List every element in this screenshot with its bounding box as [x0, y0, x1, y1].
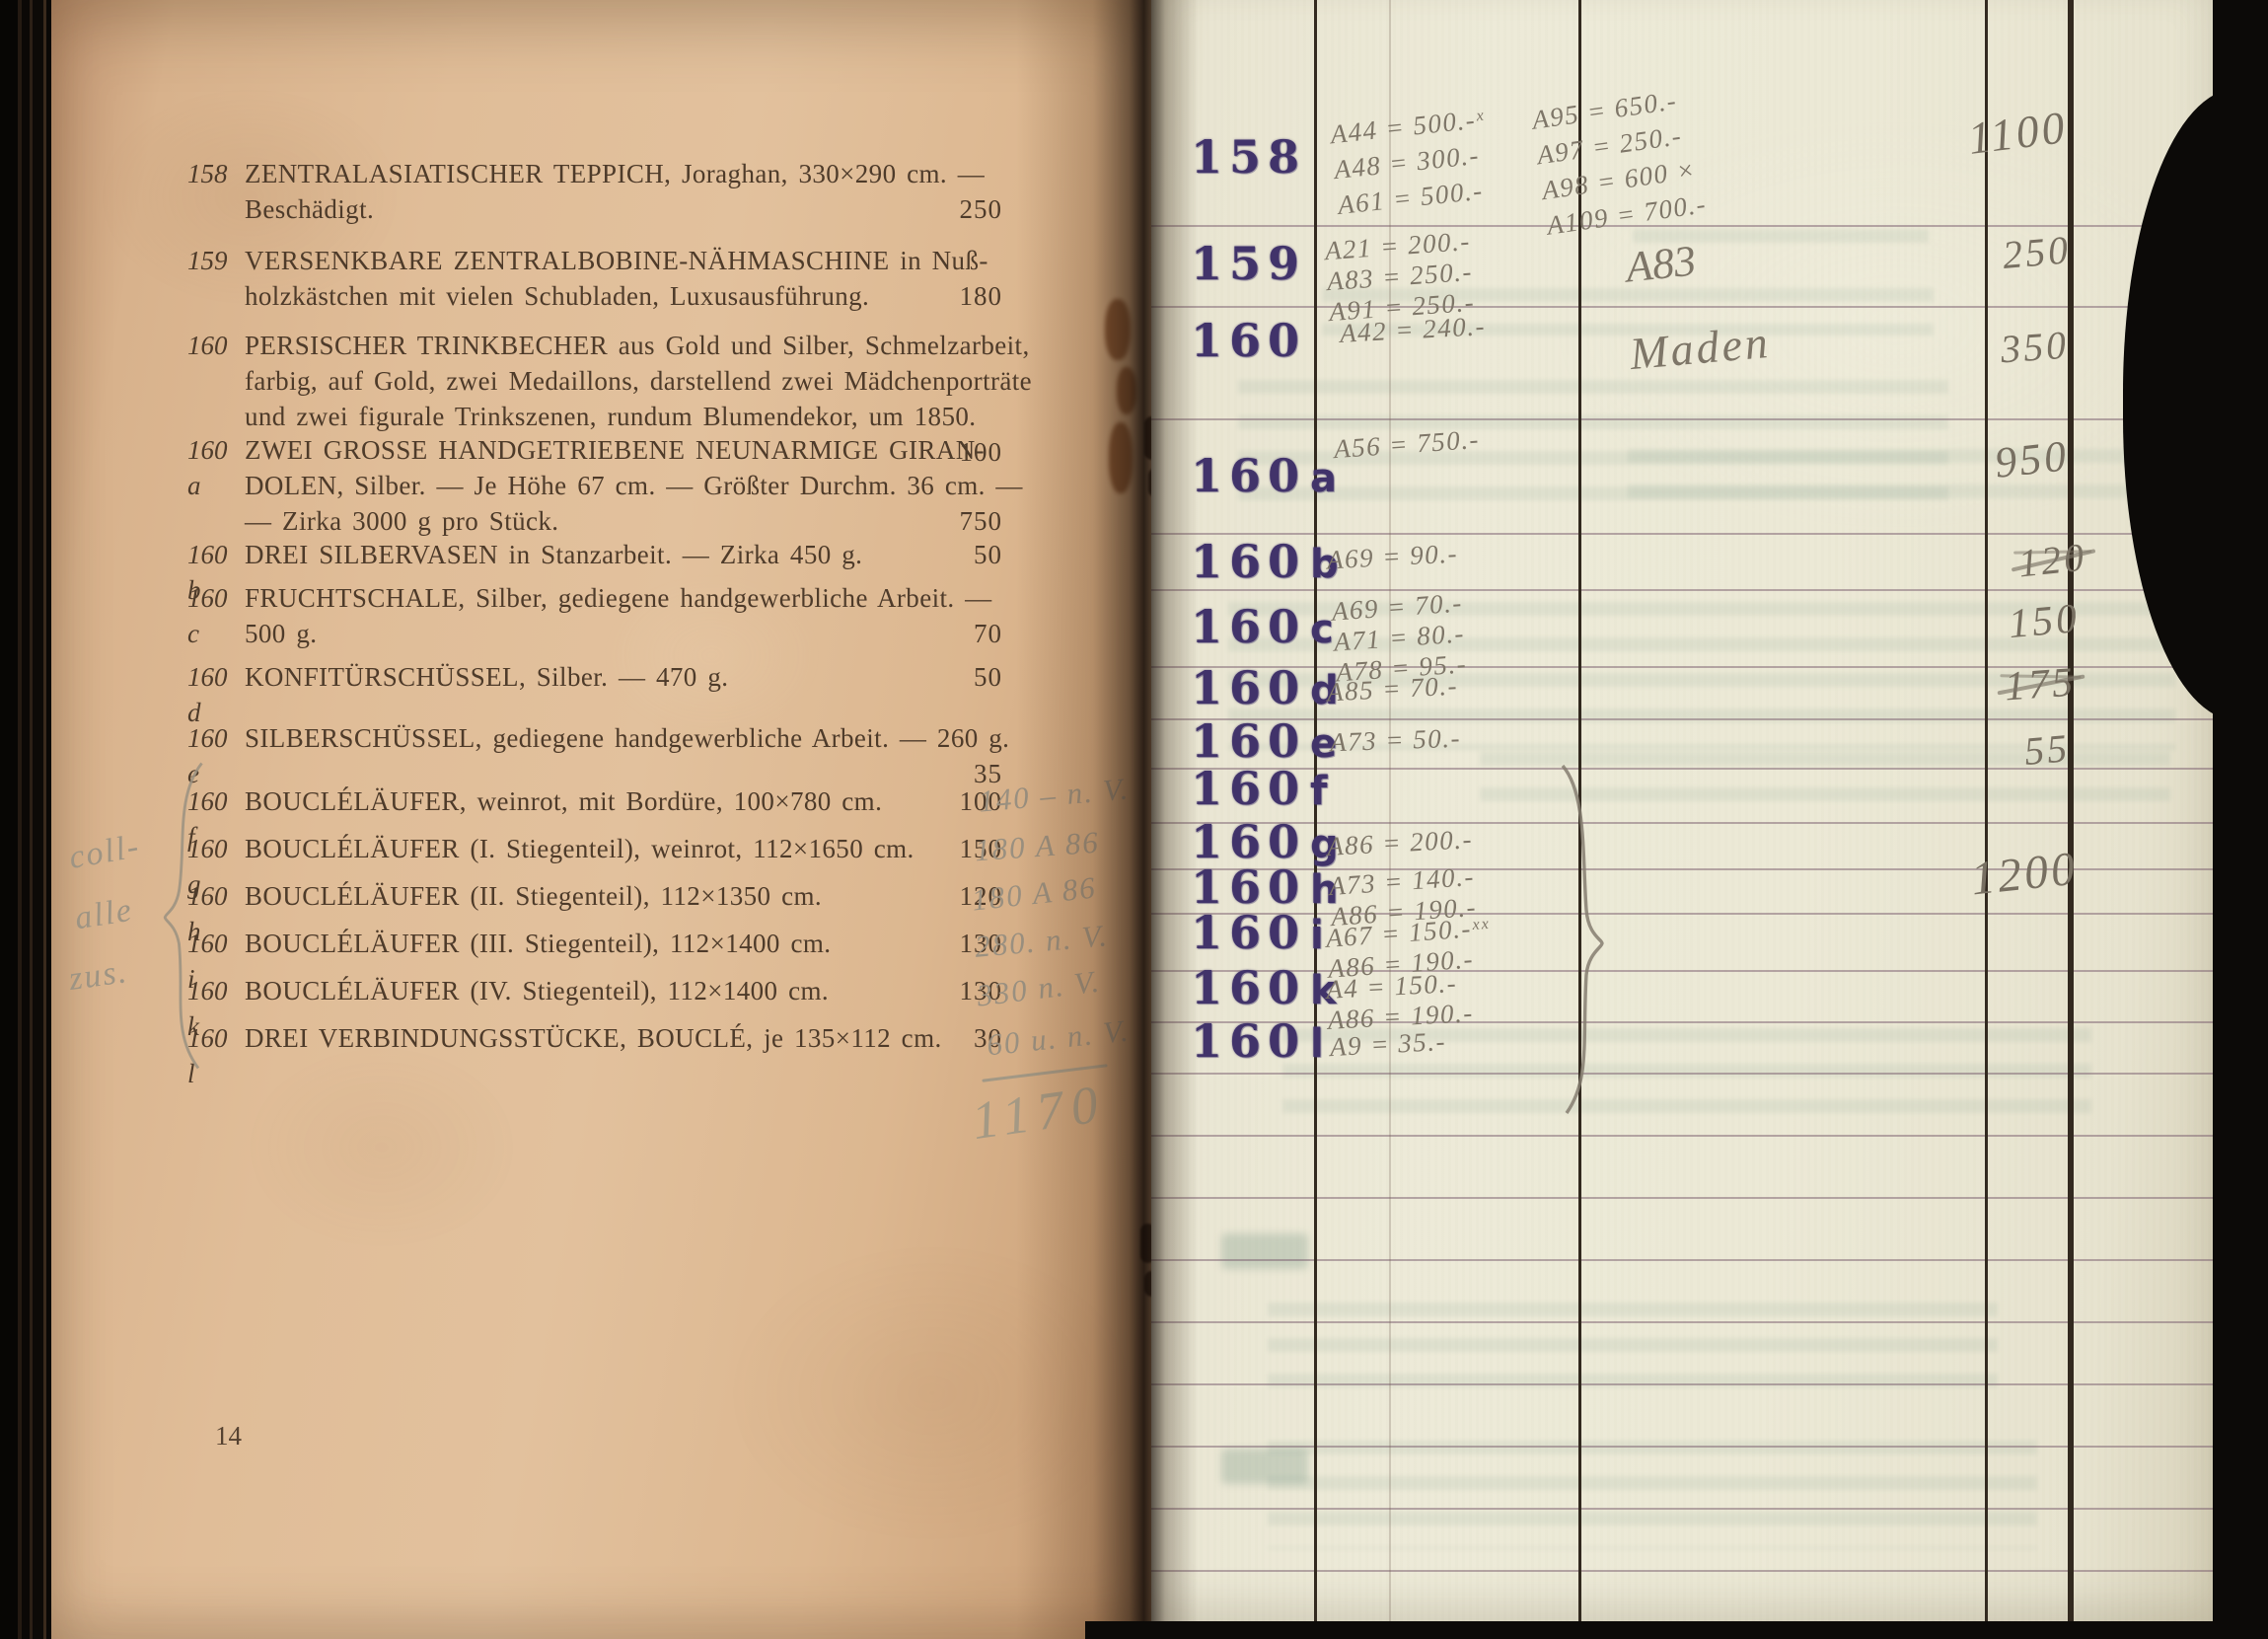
catalog-item-160i: 160 i BOUCLÉLÄUFER (III. Stiegenteil), 1…	[187, 926, 1002, 961]
bids-lot-158-col2: A95 = 650.- A97 = 250.- A98 = 600 × A109…	[1530, 80, 1709, 243]
ledger-rule	[1151, 1259, 2215, 1261]
bid-entry: A73 = 50.-	[1329, 720, 1461, 761]
catalog-line: DREI VERBINDUNGSSTÜCKE, BOUCLÉ, je 135×1…	[245, 1020, 1002, 1056]
catalog-item-160f: 160 f BOUCLÉLÄUFER, weinrot, mit Bordüre…	[187, 783, 1002, 819]
stamp-suffix: f	[1310, 769, 1327, 814]
item-text: und zwei figurale Trinkszenen, rundum Bl…	[245, 402, 976, 431]
catalog-line: BOUCLÉLÄUFER (IV. Stiegenteil), 112×1400…	[245, 973, 1002, 1008]
bid-entry: A85 = 70.-	[1326, 668, 1459, 710]
ledger-rule	[1151, 589, 2215, 591]
catalog-item-160k: 160 k BOUCLÉLÄUFER (IV. Stiegenteil), 11…	[187, 973, 1002, 1008]
stamp-digits: 160	[1191, 1014, 1306, 1068]
estimate-price: 750	[960, 503, 1003, 539]
catalog-item-158: 158 ZENTRALASIATISCHER TEPPICH, Joraghan…	[187, 156, 1002, 227]
stamp-lot-160c: 160c	[1191, 600, 1334, 653]
catalog-line: farbig, auf Gold, zwei Medaillons, darst…	[245, 363, 1002, 399]
estimate-price: 250	[960, 191, 1003, 227]
ledger-column-line	[1985, 0, 1988, 1623]
estimate-price: 50	[974, 659, 1002, 695]
stamp-digits: 160	[1191, 449, 1306, 502]
estimate-price: 70	[974, 616, 1002, 651]
bid-entry: A69 = 90.-	[1326, 536, 1459, 578]
catalog-line: KONFITÜRSCHÜSSEL, Silber. — 470 g.50	[245, 659, 1002, 695]
backdrop-bottom	[1085, 1621, 2268, 1639]
estimate-price: 50	[974, 537, 1002, 572]
stamp-lot-160e: 160e	[1191, 714, 1337, 768]
item-text: KONFITÜRSCHÜSSEL, Silber. — 470 g.	[245, 662, 728, 692]
item-text: holzkästchen mit vielen Schubladen, Luxu…	[245, 281, 869, 311]
item-text: BOUCLÉLÄUFER, weinrot, mit Bordüre, 100×…	[245, 786, 882, 816]
catalog-item-159: 159 VERSENKBARE ZENTRALBOBINE-NÄHMASCHIN…	[187, 243, 1002, 314]
catalog-line: BOUCLÉLÄUFER (III. Stiegenteil), 112×140…	[245, 926, 1002, 961]
total-lot-160b: 120	[2016, 534, 2089, 587]
lot-number: 160	[187, 328, 239, 363]
lot-number: 160 l	[187, 1020, 239, 1091]
bids-lot-160b: A69 = 90.-	[1326, 536, 1459, 578]
catalog-line: SILBERSCHÜSSEL, gediegene handgewerblich…	[245, 720, 1002, 756]
stamp-lot-160f: 160f	[1191, 762, 1327, 815]
ledger-rule	[1151, 418, 2215, 420]
ledger-rule	[1151, 306, 2215, 308]
item-text: farbig, auf Gold, zwei Medaillons, darst…	[245, 366, 1032, 396]
stamp-lot-158: 158	[1191, 130, 1306, 184]
item-text: Beschädigt.	[245, 194, 374, 224]
stamp-lot-160k: 160k	[1191, 961, 1337, 1014]
total-lot-160e: 55	[2022, 724, 2072, 775]
catalog-item-160a: 160 a ZWEI GROSSE HANDGETRIEBENE NEUNARM…	[187, 432, 1002, 539]
catalog-item-160l: 160 l DREI VERBINDUNGSSTÜCKE, BOUCLÉ, je…	[187, 1020, 1002, 1056]
lot-number: 160 c	[187, 580, 239, 651]
estimate-price: 180	[960, 278, 1003, 314]
stamp-suffix: c	[1310, 607, 1334, 652]
ink-stain	[1109, 422, 1133, 493]
total-group-160f-160l: 1200	[1968, 842, 2080, 907]
item-text: FRUCHTSCHALE, Silber, gediegene handgewe…	[245, 583, 992, 613]
page-number: 14	[215, 1421, 242, 1452]
ledger-rule	[1151, 1570, 2215, 1572]
scanned-auction-catalog-spread: 158 ZENTRALASIATISCHER TEPPICH, Joraghan…	[0, 0, 2268, 1639]
catalog-line: ZWEI GROSSE HANDGETRIEBENE NEUNARMIGE GI…	[245, 432, 1002, 468]
stamp-digits: 160	[1191, 961, 1306, 1014]
item-text: ZWEI GROSSE HANDGETRIEBENE NEUNARMIGE GI…	[245, 435, 985, 465]
catalog-item-160c: 160 c FRUCHTSCHALE, Silber, gediegene ha…	[187, 580, 1002, 651]
catalog-line: BOUCLÉLÄUFER, weinrot, mit Bordüre, 100×…	[245, 783, 1002, 819]
ledger-rule	[1151, 1321, 2215, 1323]
stamp-lot-160d: 160d	[1191, 661, 1339, 714]
item-text: DREI VERBINDUNGSSTÜCKE, BOUCLÉ, je 135×1…	[245, 1023, 942, 1053]
ledger-column-line	[1578, 0, 1581, 1623]
stamp-digits: 160	[1191, 906, 1306, 959]
catalog-item-160h: 160 h BOUCLÉLÄUFER (II. Stiegenteil), 11…	[187, 878, 1002, 914]
stamp-digits: 160	[1191, 600, 1306, 653]
bids-lot-160e: A73 = 50.-	[1329, 720, 1461, 761]
bids-lot-160l: A9 = 35.-	[1329, 1023, 1447, 1065]
book-page-edges	[0, 0, 53, 1639]
item-text: BOUCLÉLÄUFER (I. Stiegenteil), weinrot, …	[245, 834, 915, 863]
item-text: DOLEN, Silber. — Je Höhe 67 cm. — Größte…	[245, 471, 1023, 500]
stamp-suffix: l	[1310, 1021, 1324, 1067]
lot-number: 160 a	[187, 432, 239, 503]
stamp-digits: 160	[1191, 661, 1306, 714]
stamp-digits: 160	[1191, 314, 1306, 367]
catalog-line: DOLEN, Silber. — Je Höhe 67 cm. — Größte…	[245, 468, 1002, 503]
item-text: ZENTRALASIATISCHER TEPPICH, Joraghan, 33…	[245, 159, 985, 188]
bids-lot-160d: A85 = 70.-	[1326, 668, 1459, 710]
catalog-line: BOUCLÉLÄUFER (II. Stiegenteil), 112×1350…	[245, 878, 1002, 914]
item-text: 500 g.	[245, 619, 317, 648]
catalog-line: und zwei figurale Trinkszenen, rundum Bl…	[245, 399, 1002, 434]
total-lot-160c: 150	[2007, 595, 2082, 648]
item-text: BOUCLÉLÄUFER (III. Stiegenteil), 112×140…	[245, 929, 831, 958]
stamp-lot-159: 159	[1191, 237, 1306, 290]
item-text: VERSENKBARE ZENTRALBOBINE-NÄHMASCHINE in…	[245, 246, 988, 275]
total-lot-160a: 950	[1993, 430, 2072, 488]
ledger-rule	[1151, 1383, 2215, 1385]
catalog-item-160g: 160 g BOUCLÉLÄUFER (I. Stiegenteil), wei…	[187, 831, 1002, 866]
stamp-digits: 160	[1191, 762, 1306, 815]
bid-entry: A9 = 35.-	[1329, 1023, 1447, 1065]
item-text: DREI SILBERVASEN in Stanzarbeit. — Zirka…	[245, 540, 862, 569]
catalog-line: Beschädigt.250	[245, 191, 1002, 227]
stamp-lot-160b: 160b	[1191, 535, 1339, 588]
ink-stain	[1105, 299, 1131, 360]
ink-stain	[1117, 367, 1136, 414]
catalog-item-160d: 160 d KONFITÜRSCHÜSSEL, Silber. — 470 g.…	[187, 659, 1002, 695]
stamp-lot-160l: 160l	[1191, 1014, 1324, 1068]
catalog-line: PERSISCHER TRINKBECHER aus Gold und Silb…	[245, 328, 1002, 363]
catalog-line: holzkästchen mit vielen Schubladen, Luxu…	[245, 278, 1002, 314]
catalog-line: 500 g.70	[245, 616, 1002, 651]
item-text: PERSISCHER TRINKBECHER aus Gold und Silb…	[245, 331, 1030, 360]
item-text: BOUCLÉLÄUFER (IV. Stiegenteil), 112×1400…	[245, 976, 829, 1006]
ledger-rule	[1151, 1508, 2215, 1510]
catalog-line: — Zirka 3000 g pro Stück.750	[245, 503, 1002, 539]
stamp-digits: 160	[1191, 535, 1306, 588]
ledger-rule	[1151, 1446, 2215, 1448]
stamp-lot-160a: 160a	[1191, 449, 1337, 502]
backdrop-right	[2213, 0, 2268, 1639]
catalog-line: ZENTRALASIATISCHER TEPPICH, Joraghan, 33…	[245, 156, 1002, 191]
stamp-lot-160: 160	[1191, 314, 1306, 367]
lot-number: 159	[187, 243, 239, 278]
ledger-rule	[1151, 1197, 2215, 1199]
catalog-line: BOUCLÉLÄUFER (I. Stiegenteil), weinrot, …	[245, 831, 1002, 866]
catalog-line: FRUCHTSCHALE, Silber, gediegene handgewe…	[245, 580, 1002, 616]
catalog-item-160b: 160 b DREI SILBERVASEN in Stanzarbeit. —…	[187, 537, 1002, 572]
stamp-digits: 159	[1191, 237, 1306, 290]
stamp-suffix: a	[1310, 456, 1337, 501]
item-text: — Zirka 3000 g pro Stück.	[245, 506, 558, 536]
item-text: BOUCLÉLÄUFER (II. Stiegenteil), 112×1350…	[245, 881, 822, 911]
bids-lot-158-col1: A44 = 500.-ˣ A48 = 300.- A61 = 500.-	[1329, 101, 1495, 223]
ledger-rule	[1151, 1135, 2215, 1137]
item-text: SILBERSCHÜSSEL, gediegene handgewerblich…	[245, 723, 1009, 753]
total-lot-160d: 175	[2003, 659, 2077, 711]
catalog-line: VERSENKBARE ZENTRALBOBINE-NÄHMASCHINE in…	[245, 243, 1002, 278]
lot-number: 158	[187, 156, 239, 191]
stamp-lot-160i: 160i	[1191, 906, 1324, 959]
stamp-digits: 160	[1191, 714, 1306, 768]
stamp-suffix: i	[1310, 913, 1324, 958]
total-lot-159: 250	[2001, 226, 2073, 278]
note-lot-159: A83	[1624, 235, 1699, 292]
lot-number: 160 e	[187, 720, 239, 791]
total-lot-160: 350	[1999, 322, 2070, 373]
ledger-rule	[1151, 1073, 2215, 1075]
catalog-line: DREI SILBERVASEN in Stanzarbeit. — Zirka…	[245, 537, 1002, 572]
catalog-item-160e: 160 e SILBERSCHÜSSEL, gediegene handgewe…	[187, 720, 1002, 791]
stamp-digits: 158	[1191, 130, 1306, 184]
